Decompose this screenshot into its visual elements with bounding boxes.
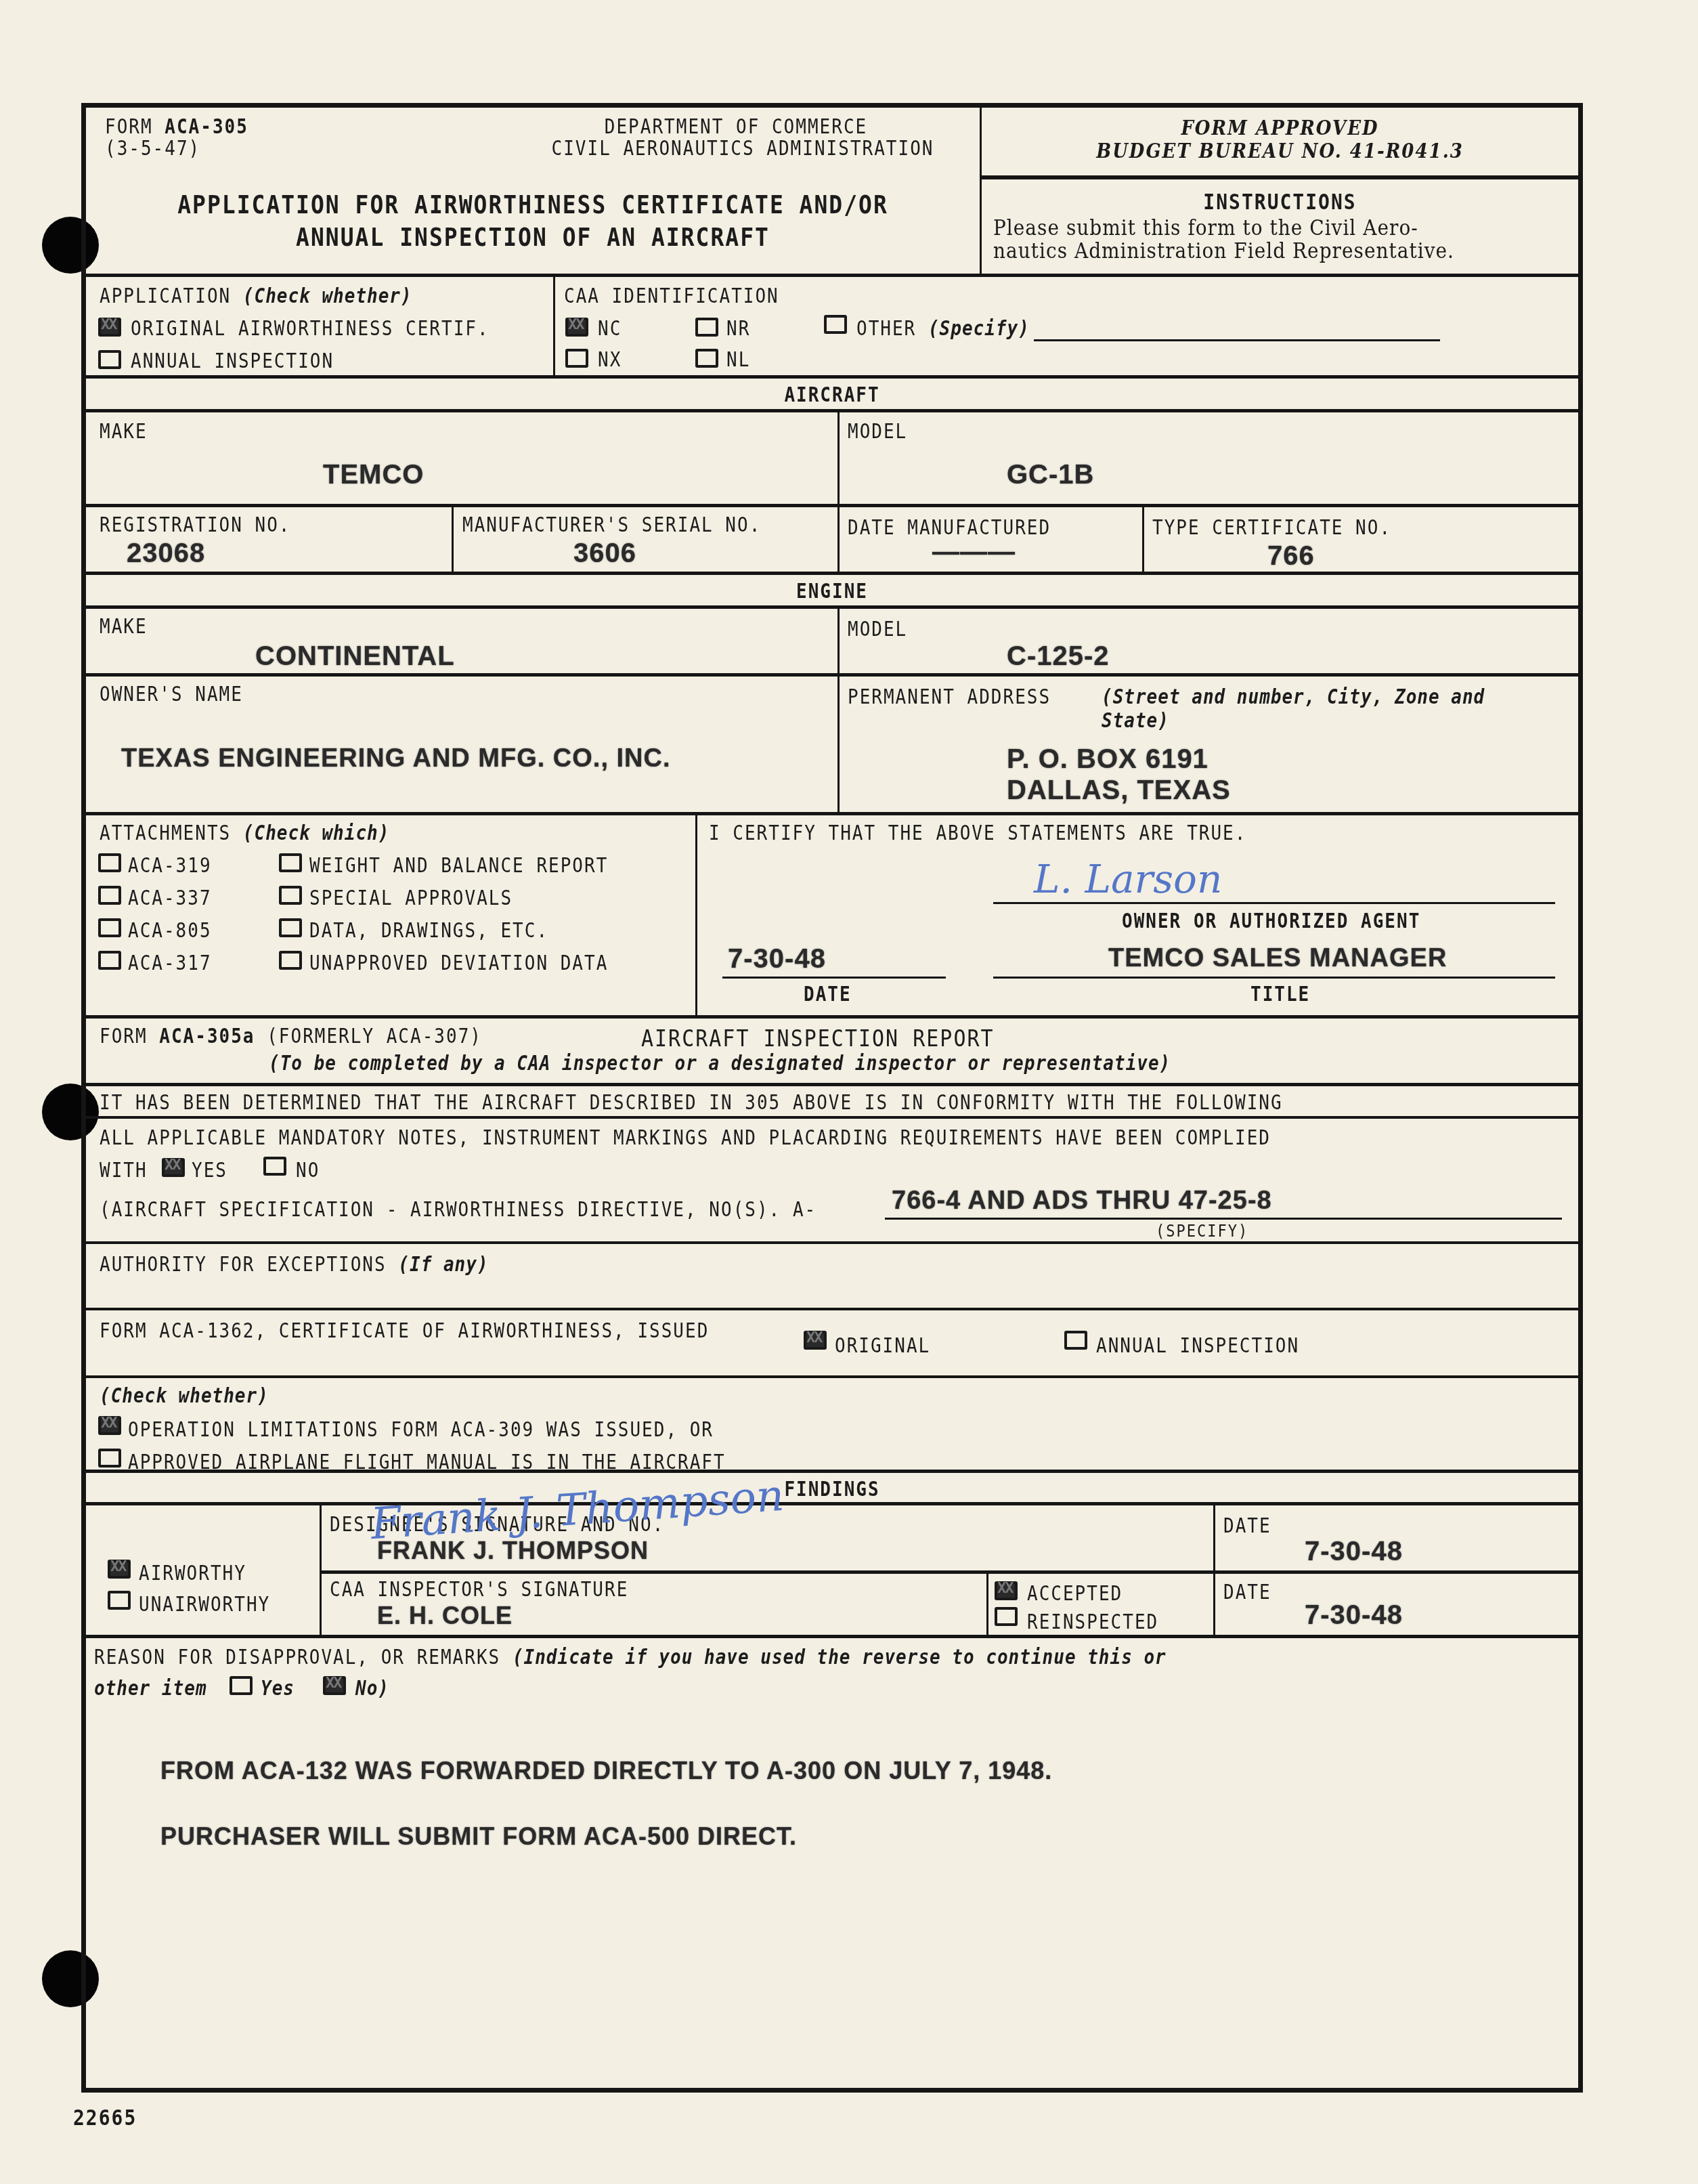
nr-checkbox[interactable]	[695, 318, 718, 337]
complied-no-label: NO	[296, 1159, 320, 1183]
reverse-used-yes-label: Yes	[261, 1677, 295, 1701]
form-frame: FORM ACA-305 (3-5-47) DEPARTMENT OF COMM…	[81, 103, 1583, 2093]
remarks-line1: FROM ACA-132 WAS FORWARDED DIRECTLY TO A…	[160, 1757, 1052, 1785]
weight-balance-label: WEIGHT AND BALANCE REPORT	[309, 855, 608, 878]
aircraft-section-title: AIRCRAFT	[86, 384, 1578, 408]
nx-label: NX	[598, 349, 622, 372]
inspector-name-value: E. H. COLE	[377, 1602, 513, 1630]
date-caption: DATE	[804, 983, 852, 1007]
flight-manual-label: APPROVED AIRPLANE FLIGHT MANUAL IS IN TH…	[128, 1451, 726, 1475]
agency: CIVIL AERONAUTICS ADMINISTRATION	[526, 137, 959, 161]
aca-805-checkbox[interactable]	[98, 918, 121, 937]
registration-value: 23068	[127, 538, 205, 569]
designee-date-value: 7-30-48	[1305, 1537, 1403, 1567]
unapproved-deviation-checkbox[interactable]	[279, 951, 302, 970]
reverse-used-no-checkbox[interactable]	[323, 1676, 346, 1695]
type-certificate-label: TYPE CERTIFICATE NO.	[1152, 517, 1391, 540]
remarks-hint: (Indicate if you have used the reverse t…	[513, 1646, 1167, 1670]
operation-limitations-label: OPERATION LIMITATIONS FORM ACA-309 WAS I…	[128, 1419, 714, 1442]
engine-make-value: CONTINENTAL	[255, 641, 455, 672]
inspector-date-label: DATE	[1223, 1581, 1271, 1605]
attachments-section: ATTACHMENTS (Check which) ACA-319 ACA-33…	[86, 815, 1578, 1019]
certificate-issued-label: FORM ACA-1362, CERTIFICATE OF AIRWORTHIN…	[100, 1320, 709, 1344]
special-approvals-label: SPECIAL APPROVALS	[309, 887, 513, 911]
caa-identification-label: CAA IDENTIFICATION	[564, 285, 779, 309]
reverse-used-yes-checkbox[interactable]	[230, 1676, 253, 1695]
attachments-label: ATTACHMENTS	[100, 822, 231, 846]
reverse-used-no-label: No)	[355, 1677, 389, 1701]
title-line	[993, 977, 1555, 979]
spec-label: (AIRCRAFT SPECIFICATION - AIRWORTHINESS …	[100, 1199, 817, 1222]
special-approvals-checkbox[interactable]	[279, 886, 302, 905]
complied-yes-label: YES	[192, 1159, 227, 1183]
spec-caption: (SPECIFY)	[1156, 1222, 1248, 1241]
mandatory-notes-row: ALL APPLICABLE MANDATORY NOTES, INSTRUME…	[86, 1119, 1578, 1244]
attachments-hint: (Check which)	[243, 822, 390, 846]
inspector-date-value: 7-30-48	[1305, 1600, 1403, 1631]
spec-line[interactable]	[885, 1218, 1562, 1220]
other-checkbox[interactable]	[824, 315, 847, 334]
address-label: PERMANENT ADDRESS	[848, 686, 1051, 710]
aca-337-label: ACA-337	[128, 887, 212, 911]
mandatory-notes-text: ALL APPLICABLE MANDATORY NOTES, INSTRUME…	[100, 1127, 1271, 1151]
instructions-line1: Please submit this form to the Civil Aer…	[993, 215, 1418, 240]
exceptions-hint: (If any)	[398, 1254, 488, 1277]
engine-model-value: C-125-2	[1007, 641, 1110, 672]
operation-limits-row: (Check whether) OPERATION LIMITATIONS FO…	[86, 1378, 1578, 1473]
remarks-section: REASON FOR DISAPPROVAL, OR REMARKS (Indi…	[86, 1638, 1578, 2088]
nr-label: NR	[726, 318, 750, 341]
aca-317-label: ACA-317	[128, 952, 212, 976]
aircraft-model-value: GC-1B	[1007, 460, 1094, 490]
certificate-original-checkbox[interactable]	[804, 1331, 827, 1350]
owner-row: OWNER'S NAME TEXAS ENGINEERING AND MFG. …	[86, 677, 1578, 815]
remarks-line2: PURCHASER WILL SUBMIT FORM ACA-500 DIREC…	[160, 1822, 797, 1851]
document-number: 22665	[73, 2105, 137, 2131]
data-drawings-label: DATA, DRAWINGS, ETC.	[309, 920, 548, 943]
accepted-label: ACCEPTED	[1027, 1583, 1123, 1606]
findings-section-title: FINDINGS	[86, 1478, 1578, 1502]
aca-805-label: ACA-805	[128, 920, 212, 943]
data-drawings-checkbox[interactable]	[279, 918, 302, 937]
inspection-report-header: FORM ACA-305a (FORMERLY ACA-307) AIRCRAF…	[86, 1019, 1578, 1086]
certify-date-value: 7-30-48	[728, 944, 826, 975]
owner-name-value: TEXAS ENGINEERING AND MFG. CO., INC.	[121, 744, 671, 773]
complied-yes-checkbox[interactable]	[162, 1158, 185, 1177]
certify-statement: I CERTIFY THAT THE ABOVE STATEMENTS ARE …	[709, 822, 1246, 846]
department: DEPARTMENT OF COMMERCE	[560, 116, 912, 140]
other-hint: (Specify)	[928, 318, 1030, 341]
serial-value: 3606	[573, 538, 636, 569]
complied-no-checkbox[interactable]	[263, 1157, 286, 1176]
aca-319-checkbox[interactable]	[98, 853, 121, 872]
nl-label: NL	[726, 349, 750, 372]
inspector-signature-label: CAA INSPECTOR'S SIGNATURE	[330, 1579, 628, 1602]
other-specify-field[interactable]	[1034, 339, 1440, 341]
findings-section: AIRWORTHY UNAIRWORTHY DESIGNEE'S SIGNATU…	[86, 1505, 1578, 1638]
exceptions-field[interactable]	[100, 1278, 1565, 1305]
signature-line	[993, 902, 1555, 904]
header-section: FORM ACA-305 (3-5-47) DEPARTMENT OF COMM…	[86, 108, 1578, 277]
airworthy-checkbox[interactable]	[108, 1560, 131, 1579]
form-title-line2: ANNUAL INSPECTION OF AN AIRCRAFT	[86, 221, 980, 252]
unapproved-deviation-label: UNAPPROVED DEVIATION DATA	[309, 952, 608, 976]
remarks-hint2: other item	[94, 1677, 207, 1701]
conformity-row: IT HAS BEEN DETERMINED THAT THE AIRCRAFT…	[86, 1086, 1578, 1119]
reinspected-label: REINSPECTED	[1027, 1611, 1158, 1635]
designee-name-value: FRANK J. THOMPSON	[377, 1537, 649, 1565]
original-airworthiness-label: ORIGINAL AIRWORTHINESS CERTIF.	[131, 318, 489, 341]
form-title-line1: APPLICATION FOR AIRWORTHINESS CERTIFICAT…	[86, 189, 980, 219]
aca-319-label: ACA-319	[128, 855, 212, 878]
unairworthy-checkbox[interactable]	[108, 1591, 131, 1610]
engine-make-model-row: MAKE CONTINENTAL MODEL C-125-2	[86, 609, 1578, 677]
application-section: APPLICATION (Check whether) ORIGINAL AIR…	[86, 277, 1578, 379]
aircraft-make-value: TEMCO	[323, 460, 424, 490]
aircraft-model-label: MODEL	[848, 421, 907, 444]
form-number: ACA-305	[165, 116, 248, 140]
type-certificate-value: 766	[1267, 541, 1315, 572]
flight-manual-checkbox[interactable]	[98, 1449, 121, 1468]
certificate-issued-row: FORM ACA-1362, CERTIFICATE OF AIRWORTHIN…	[86, 1310, 1578, 1378]
findings-header: FINDINGS	[86, 1473, 1578, 1505]
remarks-label: REASON FOR DISAPPROVAL, OR REMARKS	[94, 1646, 500, 1670]
budget-bureau-no: BUDGET BUREAU NO. 41-R041.3	[982, 140, 1578, 164]
form-approved: FORM APPROVED	[982, 117, 1578, 141]
owner-name-label: OWNER'S NAME	[100, 683, 243, 707]
unairworthy-label: UNAIRWORTHY	[139, 1593, 270, 1617]
application-hint: (Check whether)	[243, 285, 412, 309]
accepted-checkbox[interactable]	[995, 1581, 1018, 1600]
report-form-label: FORM	[100, 1025, 148, 1049]
serial-label: MANUFACTURER'S SERIAL NO.	[462, 514, 761, 538]
exceptions-row: AUTHORITY FOR EXCEPTIONS (If any)	[86, 1244, 1578, 1310]
form-date: (3-5-47)	[105, 137, 200, 161]
registration-label: REGISTRATION NO.	[100, 514, 290, 538]
original-airworthiness-checkbox[interactable]	[98, 318, 121, 337]
address-hint: (Street and number, City, Zone and State…	[1102, 686, 1508, 733]
report-formerly: (FORMERLY ACA-307)	[267, 1025, 482, 1049]
title-caption: TITLE	[1250, 983, 1310, 1007]
title-value: TEMCO SALES MANAGER	[1108, 944, 1447, 973]
report-form-number: ACA-305a	[159, 1025, 255, 1049]
nx-checkbox[interactable]	[565, 349, 588, 368]
nl-checkbox[interactable]	[695, 349, 718, 368]
signature-caption: OWNER OR AUTHORIZED AGENT	[1122, 910, 1420, 934]
reinspected-checkbox[interactable]	[995, 1607, 1018, 1626]
application-label: APPLICATION	[100, 285, 231, 309]
engine-make-label: MAKE	[100, 616, 148, 639]
nc-label: NC	[598, 318, 622, 341]
aca-317-checkbox[interactable]	[98, 951, 121, 970]
weight-balance-checkbox[interactable]	[279, 853, 302, 872]
form-label: FORM	[105, 116, 153, 140]
operation-limitations-checkbox[interactable]	[98, 1416, 121, 1435]
engine-header: ENGINE	[86, 575, 1578, 609]
designee-date-label: DATE	[1223, 1515, 1271, 1539]
date-line	[722, 977, 946, 979]
engine-model-label: MODEL	[848, 618, 907, 642]
airworthy-label: AIRWORTHY	[139, 1562, 246, 1586]
certificate-original-label: ORIGINAL	[835, 1335, 930, 1358]
aircraft-registration-row: REGISTRATION NO. 23068 MANUFACTURER'S SE…	[86, 507, 1578, 575]
check-whether-hint: (Check whether)	[100, 1385, 269, 1409]
instructions-title: INSTRUCTIONS	[982, 189, 1578, 215]
aircraft-make-model-row: MAKE TEMCO MODEL GC-1B	[86, 412, 1578, 507]
annual-inspection-checkbox[interactable]	[98, 350, 121, 369]
certificate-annual-label: ANNUAL INSPECTION	[1096, 1335, 1299, 1358]
instructions-line2: nautics Administration Field Representat…	[993, 238, 1454, 263]
nc-checkbox[interactable]	[565, 318, 588, 337]
exceptions-label: AUTHORITY FOR EXCEPTIONS	[100, 1254, 387, 1277]
owner-signature: L. Larson	[1034, 856, 1222, 902]
date-manufactured-value: ———	[932, 537, 1016, 568]
address-line1: P. O. BOX 6191	[1007, 744, 1209, 775]
approval-box: FORM APPROVED BUDGET BUREAU NO. 41-R041.…	[982, 108, 1578, 179]
conformity-statement: IT HAS BEEN DETERMINED THAT THE AIRCRAFT…	[100, 1092, 1283, 1115]
aircraft-header: AIRCRAFT	[86, 379, 1578, 412]
aca-337-checkbox[interactable]	[98, 886, 121, 905]
certificate-annual-checkbox[interactable]	[1064, 1331, 1087, 1350]
annual-inspection-label: ANNUAL INSPECTION	[131, 350, 334, 374]
aircraft-make-label: MAKE	[100, 421, 148, 444]
inspection-report-title: AIRCRAFT INSPECTION REPORT	[641, 1025, 995, 1052]
engine-section-title: ENGINE	[86, 580, 1578, 604]
spec-value: 766-4 AND ADS THRU 47-25-8	[892, 1186, 1272, 1216]
mandatory-with: WITH	[100, 1159, 148, 1183]
other-label: OTHER	[856, 318, 916, 341]
inspection-report-subtitle: (To be completed by a CAA inspector or a…	[269, 1052, 1171, 1076]
address-line2: DALLAS, TEXAS	[1007, 775, 1231, 806]
